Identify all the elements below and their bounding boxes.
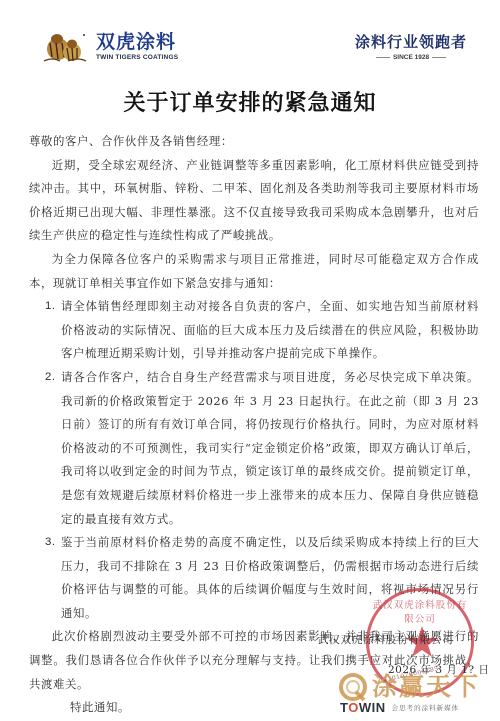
list-text: 请全体销售经理即刻主动对接各自负责的客户，全面、如实地告知当前原材料价格波动的实… <box>61 295 479 366</box>
slogan-block: 涂料行业领跑者 SINCE 1928 <box>355 34 467 61</box>
watermark-cn: 涂赢天下 <box>372 672 480 702</box>
company-logo: 双虎涂料 TWIN TIGERS COATINGS <box>42 29 178 63</box>
towin-logo-icon <box>338 672 368 702</box>
seal-text: 武汉双虎涂料股份有限公司 <box>369 597 471 625</box>
watermark-brand: TOWIN <box>340 700 386 715</box>
divider <box>432 57 446 58</box>
paragraph-intro: 为全力保障各位客户的采购需求与项目正常推进，同时尽可能稳定双方合作成本，现就订单… <box>29 248 479 295</box>
letterhead: 双虎涂料 TWIN TIGERS COATINGS 涂料行业领跑者 SINCE … <box>0 0 500 80</box>
since-label: SINCE 1928 <box>376 54 446 61</box>
paragraph-background: 近期，受全球宏观经济、产业链调整等多重因素影响，化工原材料供应链受到持续冲击。其… <box>29 154 479 248</box>
document-title: 关于订单安排的紧急通知 <box>0 86 500 117</box>
list-item-2: 2. 请各合作客户，结合自身生产经营需求与项目进度，务必尽快完成下单决策。我司新… <box>29 366 479 531</box>
signature-company: 武汉双虎涂料股份有限公司 <box>318 632 454 647</box>
brand-name-en: TWIN TIGERS COATINGS <box>96 54 178 61</box>
brand-name-cn: 双虎涂料 <box>96 32 178 52</box>
slogan: 涂料行业领跑者 <box>355 34 467 51</box>
list-number: 1. <box>45 295 61 366</box>
media-watermark: 涂赢天下 TOWIN 会思考的涂料新媒体 <box>338 672 500 721</box>
since-text: SINCE 1928 <box>393 54 429 61</box>
divider <box>376 57 390 58</box>
tiger-icon <box>42 29 88 63</box>
list-item-1: 1. 请全体销售经理即刻主动对接各自负责的客户，全面、如实地告知当前原材料价格波… <box>29 295 479 366</box>
watermark-tagline: 会思考的涂料新媒体 <box>392 703 460 712</box>
salutation: 尊敬的客户、合作伙伴及各销售经理： <box>29 130 479 154</box>
list-number: 2. <box>45 366 61 531</box>
list-number: 3. <box>45 531 61 625</box>
list-text: 请各合作客户，结合自身生产经营需求与项目进度，务必尽快完成下单决策。我司新的价格… <box>61 366 479 531</box>
